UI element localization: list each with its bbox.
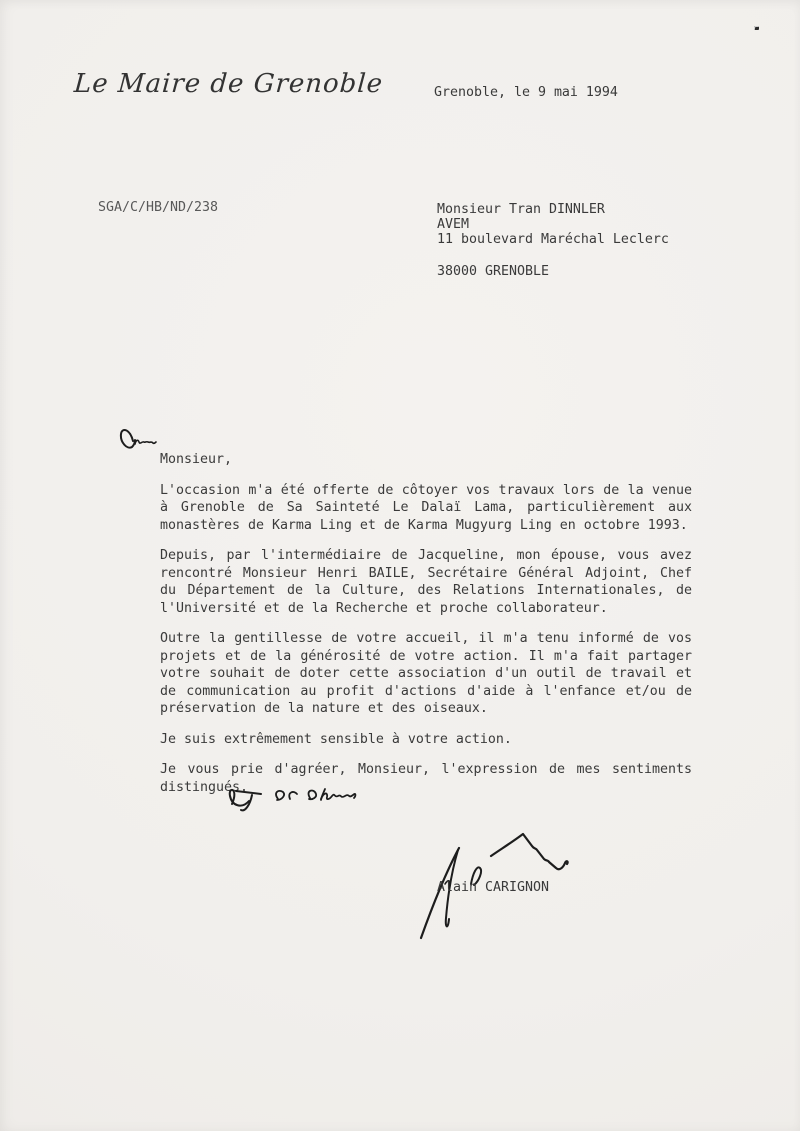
scanned-letter-page: Le Maire de Grenoble Grenoble, le 9 mai … bbox=[0, 0, 800, 1131]
recipient-address: Monsieur Tran DINNLER AVEM 11 boulevard … bbox=[437, 202, 669, 279]
recipient-name: Monsieur Tran DINNLER bbox=[437, 202, 669, 217]
body-paragraph-4: Je suis extrêmement sensible à votre act… bbox=[160, 731, 692, 749]
handwritten-cursive-note-icon bbox=[222, 780, 362, 822]
handwritten-cursive-mark-icon bbox=[118, 424, 162, 458]
reference-number: SGA/C/HB/ND/238 bbox=[98, 199, 218, 217]
body-paragraph-2: Depuis, par l'intermédiaire de Jacquelin… bbox=[160, 547, 692, 617]
signature-name: Alain CARIGNON bbox=[437, 879, 549, 897]
scan-artifact-dot bbox=[754, 26, 759, 30]
recipient-organization: AVEM bbox=[437, 217, 669, 232]
letterhead-title: Le Maire de Grenoble bbox=[73, 64, 385, 104]
salutation: Monsieur, bbox=[160, 451, 692, 469]
letter-body: Monsieur, L'occasion m'a été offerte de … bbox=[160, 451, 692, 809]
recipient-city: 38000 GRENOBLE bbox=[437, 264, 669, 279]
recipient-street: 11 boulevard Maréchal Leclerc bbox=[437, 232, 669, 247]
body-paragraph-1: L'occasion m'a été offerte de côtoyer vo… bbox=[160, 482, 692, 535]
body-paragraph-3: Outre la gentillesse de votre accueil, i… bbox=[160, 630, 692, 718]
dateline: Grenoble, le 9 mai 1994 bbox=[434, 84, 618, 102]
